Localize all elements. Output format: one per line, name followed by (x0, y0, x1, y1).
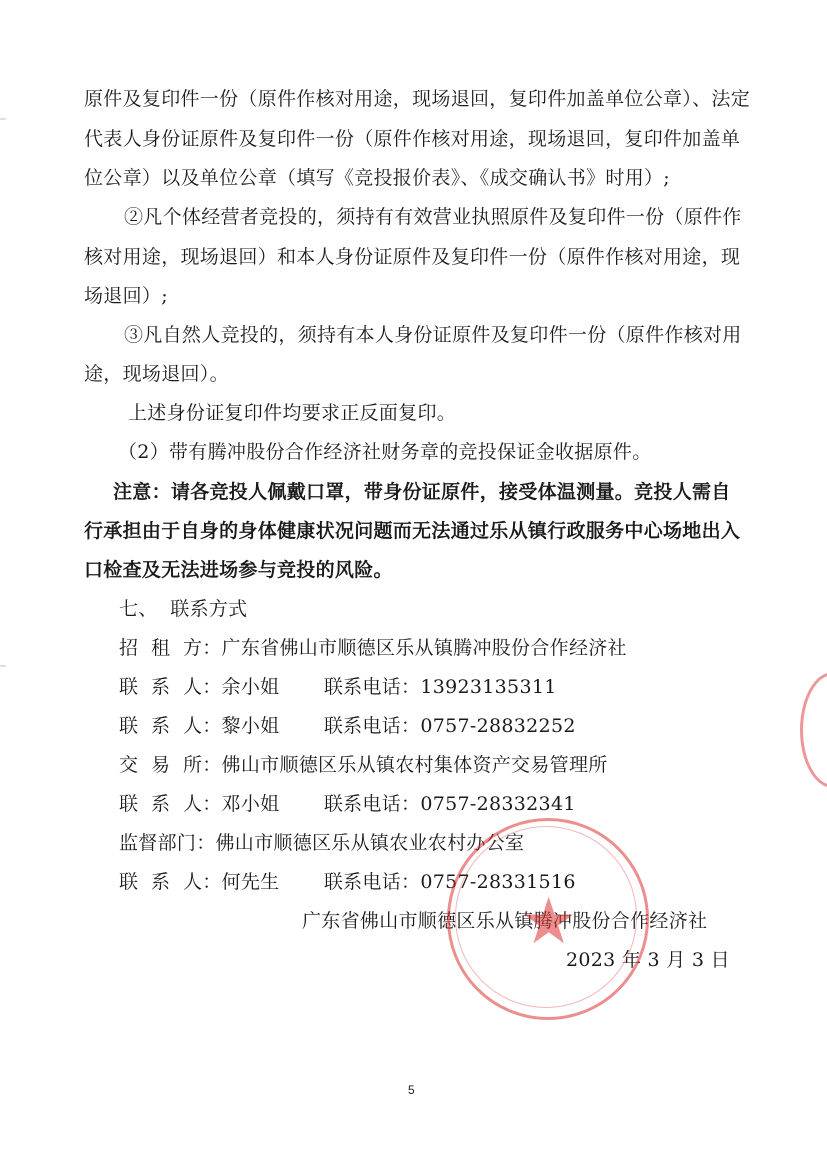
contact-line: 联 系 人：邓小姐 联系电话：0757-28332341 (119, 792, 576, 816)
notice-line: 口检查及无法进场参与竞投的风险。 (84, 558, 393, 582)
body-line: 原件及复印件一份（原件作核对用途，现场退回，复印件加盖单位公章）、法定 (84, 87, 750, 111)
scan-mark (0, 118, 6, 120)
contact-line: 招 租 方：广东省佛山市顺德区乐从镇腾冲股份合作经济社 (119, 636, 627, 660)
body-line: 途，现场退回）。 (84, 362, 229, 386)
body-line: 代表人身份证原件及复印件一份（原件作核对用途，现场退回，复印件加盖单 (84, 127, 740, 151)
body-line: 核对用途，现场退回）和本人身份证原件及复印件一份（原件作核对用途，现 (84, 245, 740, 269)
body-line: 上述身份证复印件均要求正反面复印。 (128, 401, 456, 425)
body-line: ②凡个体经营者竞投的，须持有有效营业执照原件及复印件一份（原件作 (124, 205, 742, 229)
notice-line: 注意：请各竞投人佩戴口罩，带身份证原件，接受体温测量。竞投人需自 (113, 480, 731, 504)
body-line: （2）带有腾冲股份合作经济社财务章的竞投保证金收据原件。 (118, 440, 652, 464)
contact-line: 交 易 所：佛山市顺德区乐从镇农村集体资产交易管理所 (119, 753, 608, 777)
contact-line: 监督部门：佛山市顺德区乐从镇农业农村办公室 (119, 831, 524, 855)
body-line: 场退回）; (84, 284, 168, 308)
seal-star-icon: ★ (520, 890, 577, 954)
scan-mark (0, 665, 6, 667)
contact-line: 联 系 人：黎小姐 联系电话：0757-28832252 (119, 714, 576, 738)
page-number: 5 (408, 1083, 415, 1097)
section-heading: 七、 联系方式 (119, 597, 247, 621)
notice-line: 行承担由于自身的身体健康状况问题而无法通过乐从镇行政服务中心场地出入 (84, 519, 740, 543)
body-line: ③凡自然人竞投的，须持有本人身份证原件及复印件一份（原件作核对用 (124, 323, 742, 347)
contact-line: 联 系 人：余小姐 联系电话：13923135311 (119, 675, 557, 699)
seal-edge-icon (800, 672, 827, 788)
body-line: 位公章）以及单位公章（填写《竞投报价表》、《成交确认书》时用）; (84, 166, 670, 190)
